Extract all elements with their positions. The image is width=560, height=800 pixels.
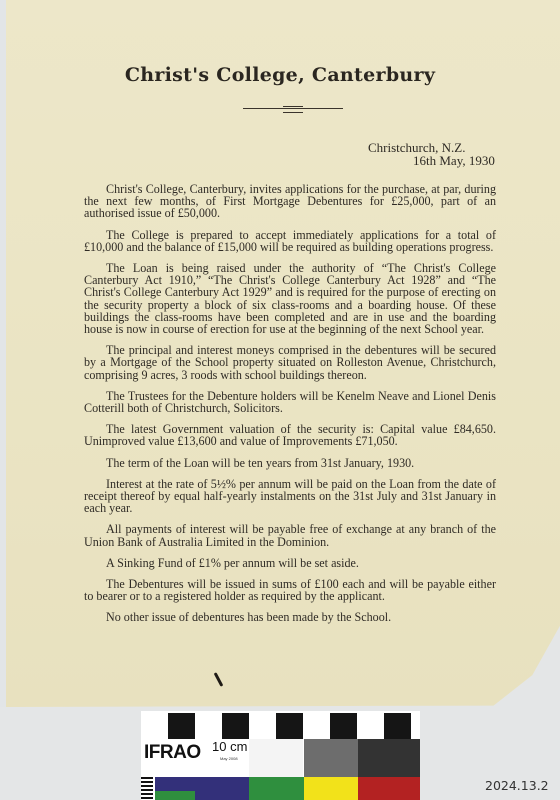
paragraph: The Debentures will be issued in sums of… xyxy=(84,578,496,602)
document-heading: Christ's College, Canterbury xyxy=(0,64,560,86)
ornament-icon xyxy=(283,106,303,113)
scale-block xyxy=(330,713,357,739)
scale-block xyxy=(168,713,195,739)
stripe-scale xyxy=(141,777,153,800)
paragraph: A Sinking Fund of £1% per annum will be … xyxy=(84,557,496,569)
paragraph: The Loan is being raised under the autho… xyxy=(84,262,496,335)
chart-scale: 10 cm xyxy=(212,739,247,754)
ifrao-color-chart: IFRAO 10 cm May 2008 xyxy=(141,711,420,800)
chart-brand: IFRAO xyxy=(144,742,201,764)
paragraph: The term of the Loan will be ten years f… xyxy=(84,457,496,469)
swatch-white xyxy=(249,739,303,777)
swatch-green-small xyxy=(155,791,195,800)
chart-edition: May 2008 xyxy=(220,756,238,761)
document-date: 16th May, 1930 xyxy=(413,153,495,169)
scale-block xyxy=(222,713,249,739)
paragraph: Interest at the rate of 5½% per annum wi… xyxy=(84,478,496,515)
paragraph: No other issue of debentures has been ma… xyxy=(84,611,496,623)
swatch-yellow xyxy=(304,777,358,800)
background-edge xyxy=(0,0,6,707)
scale-block xyxy=(276,713,303,739)
paragraph: The principal and interest moneys compri… xyxy=(84,344,496,381)
swatch-dark-grey xyxy=(358,739,420,777)
paragraph: Christ's College, Canterbury, invites ap… xyxy=(84,183,496,220)
paragraph: The College is prepared to accept immedi… xyxy=(84,229,496,253)
scale-block xyxy=(384,713,411,739)
document-body: Christ's College, Canterbury, invites ap… xyxy=(84,183,496,633)
swatch-green xyxy=(249,777,304,800)
swatch-grey xyxy=(304,739,358,777)
paragraph: The Trustees for the Debenture holders w… xyxy=(84,390,496,414)
paragraph: The latest Government valuation of the s… xyxy=(84,423,496,447)
swatch-red xyxy=(358,777,420,800)
paragraph: All payments of interest will be payable… xyxy=(84,523,496,547)
accession-number: 2024.13.2 xyxy=(485,778,549,793)
